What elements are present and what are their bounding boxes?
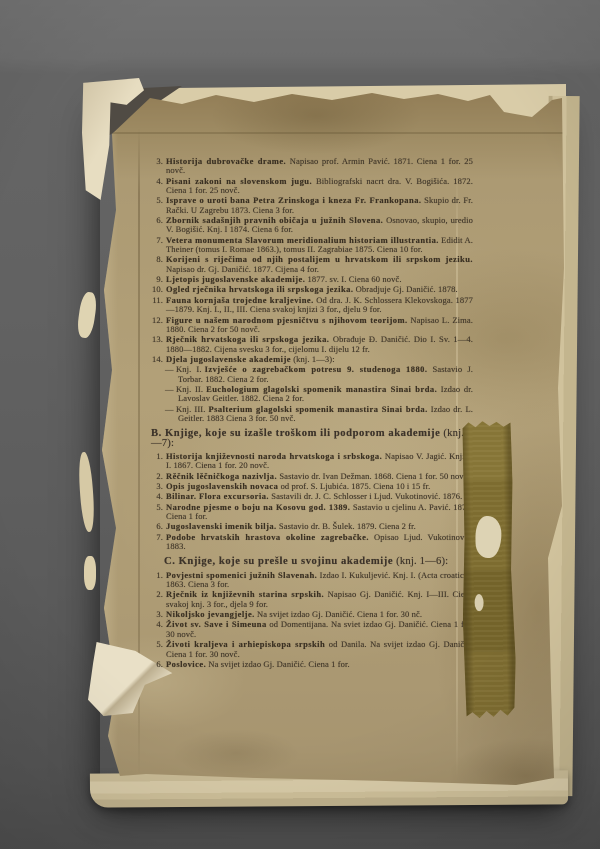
item-number: 6. bbox=[149, 216, 163, 225]
catalog-item: 1.Povjestni spomenici južnih Slavenah. I… bbox=[149, 571, 473, 590]
item-number: — bbox=[165, 365, 173, 374]
item-number: 13. bbox=[149, 335, 163, 344]
item-title: Bilinar. Flora excursoria. bbox=[166, 491, 269, 501]
item-number: 4. bbox=[149, 177, 163, 186]
item-title: Jugoslavenski imenik bilja. bbox=[166, 521, 277, 531]
item-number: 6. bbox=[149, 660, 163, 669]
item-details: 1877. sv. I. Ciena 60 novč. bbox=[308, 274, 402, 284]
item-title: Ogled rječnika hrvatskoga ili srpskoga j… bbox=[166, 284, 353, 294]
catalog-item: 3.Historija dubrovačke drame. Napisao pr… bbox=[149, 157, 473, 176]
item-details: Na svijet izdao Gj. Daničić. Ciena 1 for… bbox=[208, 659, 349, 669]
item-number: — bbox=[165, 385, 173, 394]
catalog-item: 12.Figure u našem narodnom pjesničtvu s … bbox=[149, 316, 473, 335]
item-title: Poslovice. bbox=[166, 659, 206, 669]
item-number: 1. bbox=[149, 452, 163, 461]
section-B: B. Knjige, koje su izašle troškom ili po… bbox=[149, 429, 473, 551]
section-A: 3.Historija dubrovačke drame. Napisao pr… bbox=[149, 157, 473, 423]
paper-chip bbox=[76, 291, 98, 339]
catalog-item: 2.Rěčnik lěčničkoga nazivlja. Sastavio d… bbox=[149, 472, 473, 481]
item-details: Sastavili dr. J. C. Schlosser i Ljud. Vu… bbox=[271, 491, 462, 501]
catalog-item: 6.Jugoslavenski imenik bilja. Sastavio d… bbox=[149, 522, 473, 531]
catalog-item: 5.Narodne pjesme o boju na Kosovu god. 1… bbox=[149, 503, 473, 522]
item-number: 14. bbox=[149, 355, 163, 364]
item-number: 5. bbox=[149, 196, 163, 205]
item-number: 8. bbox=[149, 255, 163, 264]
item-number: 1. bbox=[149, 571, 163, 580]
catalog-item: 14.Djela jugoslavenske akademije (knj. 1… bbox=[149, 355, 473, 364]
item-number: 12. bbox=[149, 316, 163, 325]
catalog-item: 1.Historija književnosti naroda hrvatsko… bbox=[149, 452, 473, 471]
item-number: 4. bbox=[149, 620, 163, 629]
catalog-item: 9.Ljetopis jugoslavenske akademije. 1877… bbox=[149, 275, 473, 284]
section-heading-label: B. Knjige, koje su izašle troškom ili po… bbox=[151, 428, 440, 439]
item-title: Opis jugoslavenskih novaca bbox=[166, 481, 278, 491]
section-heading-suffix: (knj. 1—6): bbox=[396, 556, 448, 567]
item-details: Sastavio dr. Ivan Dežman. 1868. Ciena 1 … bbox=[279, 471, 470, 481]
item-number: 4. bbox=[149, 492, 163, 501]
crease-line-top bbox=[98, 132, 564, 134]
item-number: 9. bbox=[149, 275, 163, 284]
item-title: Nikoljsko jevangjelje. bbox=[166, 609, 255, 619]
item-number: 7. bbox=[149, 236, 163, 245]
catalog-item: 6.Zbornik sadašnjih pravnih običaja u ju… bbox=[149, 216, 473, 235]
item-title: Ljetopis jugoslavenske akademije. bbox=[166, 274, 305, 284]
tape-hole bbox=[475, 516, 502, 558]
catalog-item: 4.Život sv. Save i Simeuna od Domentijan… bbox=[149, 620, 473, 639]
catalog-item: 4.Pisani zakoni na slovenskom jugu. Bibl… bbox=[149, 177, 473, 196]
item-number: 5. bbox=[149, 640, 163, 649]
item-details: Napisao dr. Gj. Daničić. 1877. Cijena 4 … bbox=[166, 264, 319, 274]
item-title: Djela jugoslavenske akademije bbox=[166, 354, 291, 364]
catalog-item: —Knj. III.Psalterium glagolski spomenik … bbox=[165, 405, 473, 424]
tape-hole bbox=[474, 594, 483, 611]
item-number: 3. bbox=[149, 610, 163, 619]
catalog-item: 13.Rječnik hrvatskoga ili srpskoga jezik… bbox=[149, 335, 473, 354]
catalog-item: 2.Rječnik iz književnih starina srpskih.… bbox=[149, 590, 473, 609]
catalog-item: 7.Vetera monumenta Slavorum meridionaliu… bbox=[149, 236, 473, 255]
item-number: 3. bbox=[149, 482, 163, 491]
item-number: 5. bbox=[149, 503, 163, 512]
section-heading-label: C. Knjige, koje su prešle u svojinu akad… bbox=[164, 556, 393, 567]
catalog-text: 3.Historija dubrovačke drame. Napisao pr… bbox=[149, 157, 473, 670]
catalog-item: 8.Korijeni s riječima od njih postalijem… bbox=[149, 255, 473, 274]
item-details: (knj. 1—3): bbox=[293, 354, 334, 364]
catalog-item: —Knj. II.Euchologium glagolski spomenik … bbox=[165, 385, 473, 404]
item-number: 11. bbox=[149, 296, 163, 305]
item-details: od prof. S. Ljubića. 1875. Ciena 10 i 15… bbox=[281, 481, 431, 491]
section-heading: B. Knjige, koje su izašle troškom ili po… bbox=[151, 429, 473, 448]
item-number: — bbox=[165, 405, 173, 414]
item-details: Sastavio dr. B. Šulek. 1879. Ciena 2 fr. bbox=[279, 521, 416, 531]
item-number: 2. bbox=[149, 472, 163, 481]
catalog-item: —Knj. I.Izvješće o zagrebačkom potresu 9… bbox=[165, 365, 473, 384]
item-title: Podobe hrvatskih hrastova okoline zagreb… bbox=[166, 532, 369, 542]
tape-strip bbox=[459, 420, 516, 719]
catalog-item: 6.Poslovice. Na svijet izdao Gj. Daničić… bbox=[149, 660, 473, 669]
item-number: 10. bbox=[149, 285, 163, 294]
paper-chip bbox=[77, 452, 96, 533]
scanned-book-back-cover: 3.Historija dubrovačke drame. Napisao pr… bbox=[0, 0, 600, 849]
item-number: 3. bbox=[149, 157, 163, 166]
catalog-item: 10.Ogled rječnika hrvatskoga ili srpskog… bbox=[149, 285, 473, 294]
section-C: C. Knjige, koje su prešle u svojinu akad… bbox=[149, 557, 473, 669]
item-number: 2. bbox=[149, 590, 163, 599]
item-number: 7. bbox=[149, 533, 163, 542]
catalog-item: 3.Opis jugoslavenskih novaca od prof. S.… bbox=[149, 482, 473, 491]
catalog-item: 5.Isprave o uroti bana Petra Zrinskoga i… bbox=[149, 196, 473, 215]
section-heading: C. Knjige, koje su prešle u svojinu akad… bbox=[164, 557, 473, 566]
catalog-item: 5.Životi kraljeva i arhiepiskopa srpskih… bbox=[149, 640, 473, 659]
item-details: Obradjuje Gj. Daničić. 1878. bbox=[356, 284, 458, 294]
item-number: 6. bbox=[149, 522, 163, 531]
catalog-item: 11.Fauna kornjaša trojedne kraljevine. O… bbox=[149, 296, 473, 315]
item-details: Na svijet izdao Gj. Daničić. Ciena 1 for… bbox=[257, 609, 422, 619]
catalog-item: 4.Bilinar. Flora excursoria. Sastavili d… bbox=[149, 492, 473, 501]
paper-chip bbox=[84, 556, 96, 590]
item-title: Rěčnik lěčničkoga nazivlja. bbox=[166, 471, 277, 481]
catalog-item: 7.Podobe hrvatskih hrastova okoline zagr… bbox=[149, 533, 473, 552]
